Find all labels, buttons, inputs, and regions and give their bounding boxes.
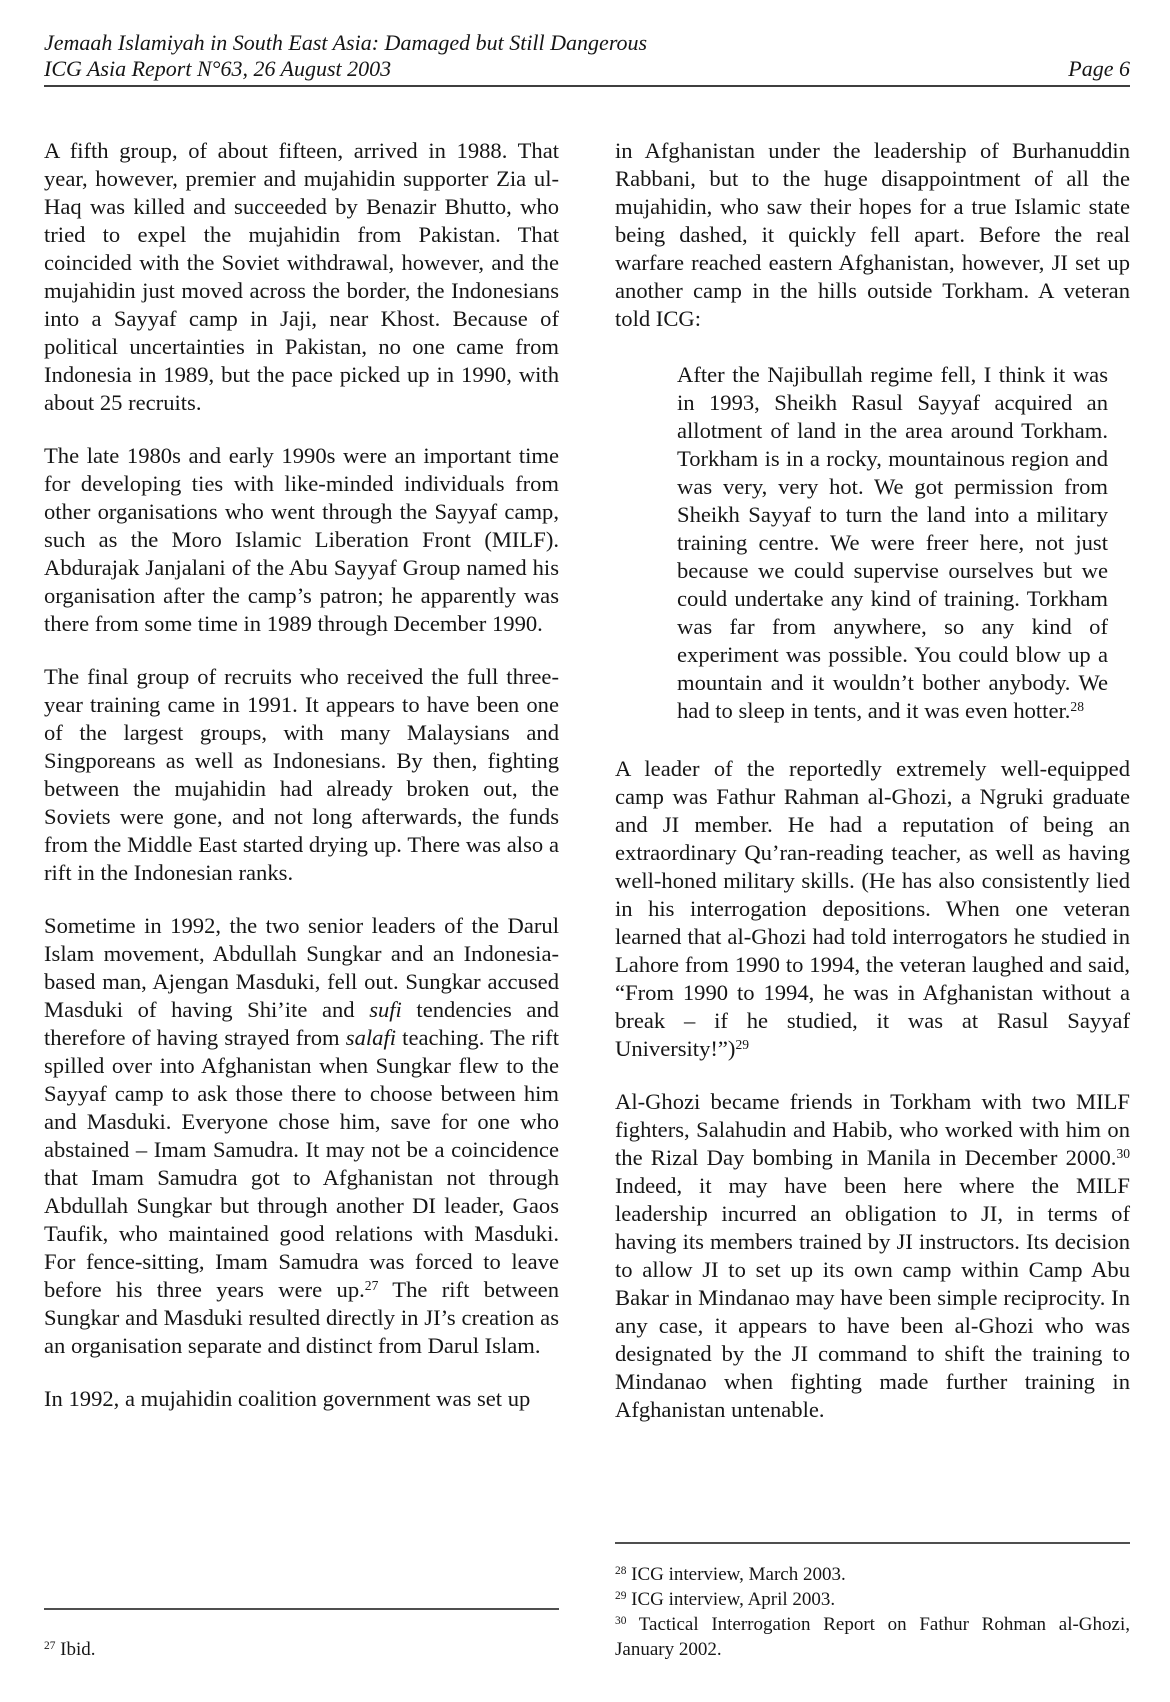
paragraph: Al-Ghozi became friends in Torkham with …	[615, 1088, 1130, 1424]
footnote-ref: 29	[615, 1590, 626, 1602]
footnote-ref: 27	[44, 1640, 55, 1652]
page-number: Page 6	[1068, 56, 1130, 82]
footnote-ref: 30	[615, 1615, 626, 1627]
report-subtitle: ICG Asia Report N°63, 26 August 2003	[44, 56, 647, 82]
footnote: 27 Ibid.	[44, 1637, 559, 1662]
header-row: Jemaah Islamiyah in South East Asia: Dam…	[44, 30, 1130, 81]
header-title-block: Jemaah Islamiyah in South East Asia: Dam…	[44, 30, 647, 81]
footnote-ref: 27	[365, 1278, 379, 1293]
paragraph: A fifth group, of about fifteen, arrived…	[44, 137, 559, 417]
left-column: A fifth group, of about fifteen, arrived…	[44, 137, 559, 1662]
footnote-ref: 28	[615, 1565, 626, 1577]
page-header: Jemaah Islamiyah in South East Asia: Dam…	[44, 30, 1130, 87]
paragraph: In 1992, a mujahidin coalition governmen…	[44, 1385, 559, 1413]
document-page: Jemaah Islamiyah in South East Asia: Dam…	[0, 0, 1170, 1702]
right-footnotes: 28 ICG interview, March 2003. 29 ICG int…	[615, 1542, 1130, 1662]
paragraph: Sometime in 1992, the two senior leaders…	[44, 912, 559, 1360]
footnote-ref: 28	[1070, 699, 1084, 714]
header-divider	[44, 85, 1130, 87]
paragraph: The late 1980s and early 1990s were an i…	[44, 442, 559, 638]
report-title: Jemaah Islamiyah in South East Asia: Dam…	[44, 30, 647, 56]
left-footnotes: 27 Ibid.	[44, 1608, 559, 1662]
footnote-ref: 29	[735, 1037, 749, 1052]
right-column: in Afghanistan under the leadership of B…	[615, 137, 1130, 1662]
paragraph: in Afghanistan under the leadership of B…	[615, 137, 1130, 333]
paragraph: A leader of the reportedly extremely wel…	[615, 755, 1130, 1063]
paragraph: The final group of recruits who received…	[44, 663, 559, 887]
footnote: 28 ICG interview, March 2003.	[615, 1562, 1130, 1587]
footnote: 29 ICG interview, April 2003.	[615, 1587, 1130, 1612]
block-quote: After the Najibullah regime fell, I thin…	[677, 361, 1108, 725]
footnote: 30 Tactical Interrogation Report on Fath…	[615, 1612, 1130, 1662]
two-column-body: A fifth group, of about fifteen, arrived…	[44, 137, 1130, 1662]
footnote-ref: 30	[1116, 1146, 1130, 1161]
